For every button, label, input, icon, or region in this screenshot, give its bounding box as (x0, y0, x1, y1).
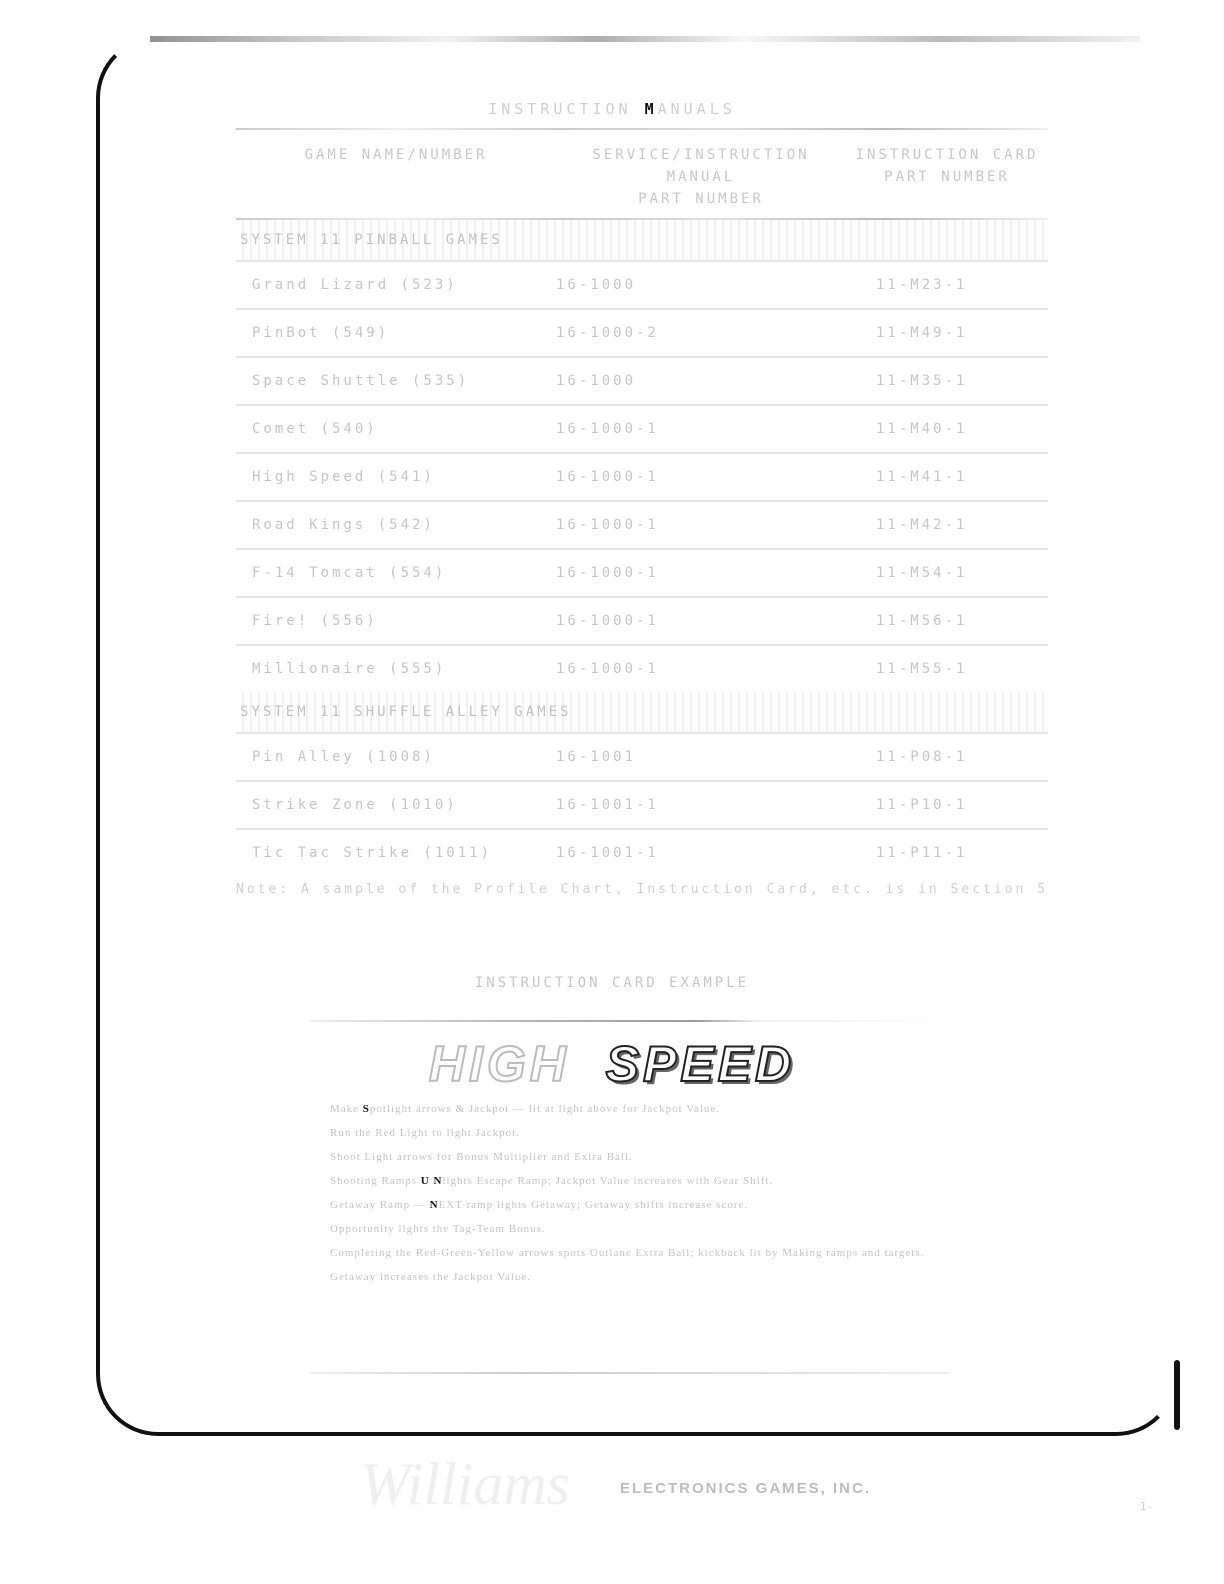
cell-manual: 16-1000-1 (556, 565, 846, 581)
instruction-line: Shooting Ramps U Nlights Escape Ramp; Ja… (330, 1174, 950, 1188)
cell-manual: 16-1001-1 (556, 797, 846, 813)
cell-card: 11-M40-1 (846, 421, 1048, 437)
cell-card: 11-M49-1 (846, 325, 1048, 341)
section-heading: SYSTEM 11 SHUFFLE ALLEY GAMES (236, 692, 1048, 732)
page-title: INSTRUCTION MANUALS (0, 100, 1224, 118)
cell-card: 11-P11-1 (846, 845, 1048, 861)
instruction-card-text: Make Spotlight arrows & Jackpot — lit at… (330, 1102, 950, 1294)
cell-game: Comet (540) (236, 421, 556, 437)
cell-card: 11-M55-1 (846, 661, 1048, 677)
manual-table: GAME NAME/NUMBER SERVICE/INSTRUCTION MAN… (236, 128, 1048, 876)
cell-game: High Speed (541) (236, 469, 556, 485)
cell-game: Fire! (556) (236, 613, 556, 629)
cell-card: 11-M54-1 (846, 565, 1048, 581)
instruction-line: Run the Red Light to light Jackpot. (330, 1126, 950, 1140)
cell-manual: 16-1000 (556, 373, 846, 389)
cell-manual: 16-1000-1 (556, 469, 846, 485)
cell-game: Road Kings (542) (236, 517, 556, 533)
cell-card: 11-P08-1 (846, 749, 1048, 765)
cell-game: F-14 Tomcat (554) (236, 565, 556, 581)
cell-game: PinBot (549) (236, 325, 556, 341)
table-row: Strike Zone (1010)16-1001-111-P10-1 (236, 780, 1048, 828)
instruction-line: Getaway Ramp — NEXT ramp lights Getaway;… (330, 1198, 950, 1212)
footnote: Note: A sample of the Profile Chart, Ins… (236, 882, 1048, 897)
cell-game: Pin Alley (1008) (236, 749, 556, 765)
divider (310, 1372, 950, 1374)
table-header: GAME NAME/NUMBER SERVICE/INSTRUCTION MAN… (236, 130, 1048, 218)
col-card: INSTRUCTION CARD PART NUMBER (846, 144, 1048, 210)
table-row: Space Shuttle (535)16-100011-M35-1 (236, 356, 1048, 404)
table-row: PinBot (549)16-1000-211-M49-1 (236, 308, 1048, 356)
cell-game: Grand Lizard (523) (236, 277, 556, 293)
cell-manual: 16-1000-1 (556, 613, 846, 629)
cell-manual: 16-1001-1 (556, 845, 846, 861)
cell-card: 11-M23-1 (846, 277, 1048, 293)
divider (310, 1020, 950, 1022)
cell-game: Millionaire (555) (236, 661, 556, 677)
table-row: F-14 Tomcat (554)16-1000-111-M54-1 (236, 548, 1048, 596)
cell-game: Tic Tac Strike (1011) (236, 845, 556, 861)
instruction-line: Make Spotlight arrows & Jackpot — lit at… (330, 1102, 950, 1116)
cell-card: 11-M35-1 (846, 373, 1048, 389)
page-border-top (150, 36, 1140, 42)
table-row: Comet (540)16-1000-111-M40-1 (236, 404, 1048, 452)
table-row: Pin Alley (1008)16-100111-P08-1 (236, 732, 1048, 780)
instruction-line: Shoot Light arrows for Bonus Multiplier … (330, 1150, 950, 1164)
page-number: 1- (1140, 1500, 1153, 1513)
cell-game: Strike Zone (1010) (236, 797, 556, 813)
table-row: High Speed (541)16-1000-111-M41-1 (236, 452, 1048, 500)
cell-manual: 16-1000-1 (556, 421, 846, 437)
section-heading: SYSTEM 11 PINBALL GAMES (236, 220, 1048, 260)
col-game: GAME NAME/NUMBER (236, 144, 556, 210)
cell-card: 11-P10-1 (846, 797, 1048, 813)
table-row: Tic Tac Strike (1011)16-1001-111-P11-1 (236, 828, 1048, 876)
cell-card: 11-M41-1 (846, 469, 1048, 485)
cell-card: 11-M56-1 (846, 613, 1048, 629)
table-row: Fire! (556)16-1000-111-M56-1 (236, 596, 1048, 644)
company-name: ELECTRONICS GAMES, INC. (620, 1480, 871, 1497)
instruction-line: Getaway increases the Jackpot Value. (330, 1270, 950, 1284)
instruction-line: Completing the Red-Green-Yellow arrows s… (330, 1246, 950, 1260)
williams-logo: Williams (360, 1450, 570, 1519)
col-manual: SERVICE/INSTRUCTION MANUAL PART NUMBER (556, 144, 846, 210)
cell-manual: 16-1000-1 (556, 517, 846, 533)
table-row: Millionaire (555)16-1000-111-M55-1 (236, 644, 1048, 692)
table-row: Grand Lizard (523)16-100011-M23-1 (236, 260, 1048, 308)
cell-game: Space Shuttle (535) (236, 373, 556, 389)
instruction-card-title: INSTRUCTION CARD EXAMPLE (0, 975, 1224, 991)
table-row: Road Kings (542)16-1000-111-M42-1 (236, 500, 1048, 548)
cell-manual: 16-1000-1 (556, 661, 846, 677)
cell-manual: 16-1000 (556, 277, 846, 293)
cell-manual: 16-1001 (556, 749, 846, 765)
cell-card: 11-M42-1 (846, 517, 1048, 533)
page-border-right (1174, 1360, 1180, 1430)
cell-manual: 16-1000-2 (556, 325, 846, 341)
game-logo: HIGH SPEED (0, 1035, 1224, 1093)
instruction-line: Opportunity lights the Tag-Team Bonus. (330, 1222, 950, 1236)
